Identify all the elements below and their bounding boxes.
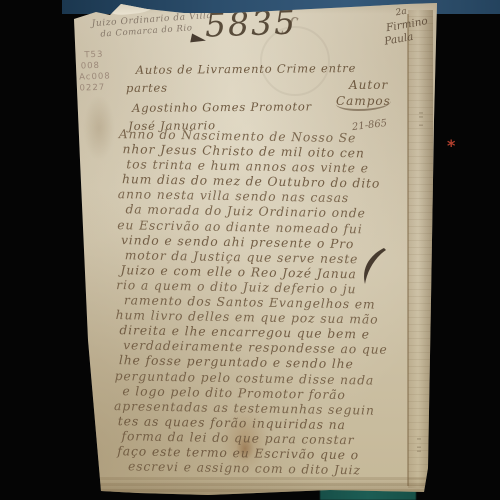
manuscript-scan: Juizo Ordinario da Villa da Comarca do R… — [0, 0, 500, 500]
court-annotation-line2: da Comarca do Rio — [100, 22, 213, 40]
case-title-line: Autos de Livramento Crime entre — [136, 59, 357, 79]
manuscript-line: perguntado pelo costume disse nada — [115, 369, 388, 389]
manuscript-line: hum livro delles em que poz sua mão — [116, 308, 389, 328]
manuscript-line: motor da Justiça que serve neste — [125, 248, 390, 268]
manuscript-body: Anno do Nascimento de Nosso Se nhor Jesu… — [108, 127, 392, 479]
page-stack-bottom-edge — [100, 477, 426, 492]
archive-code: T53 — [84, 49, 110, 61]
side-note-role: Autor — [349, 78, 388, 92]
court-annotation: Juizo Ordinario da Villa da Comarca do R… — [91, 11, 213, 40]
archive-code: 0227 — [79, 82, 111, 94]
manuscript-page: Juizo Ordinario da Villa da Comarca do R… — [0, 0, 500, 500]
corner-annotation-line2: Firmino — [385, 15, 429, 35]
manuscript-line: nhor Jesus Christo de mil oito cen — [122, 142, 391, 162]
manuscript-line: apresentadas as testemunhas seguin — [114, 399, 387, 419]
case-title-line: partes — [126, 77, 357, 97]
side-note-name: Campos — [336, 94, 391, 111]
archive-code: Ac008 — [79, 71, 111, 83]
age-stain — [84, 96, 114, 160]
manuscript-line: Juizo e com elle o Reo Jozé Janua — [120, 263, 389, 283]
case-title-block: Autos de Livramento Crime entre partes A… — [126, 59, 357, 135]
manuscript-line: Anno do Nascimento de Nosso Se — [119, 127, 392, 147]
corner-annotation: 2a Firmino Paula — [379, 2, 431, 48]
red-asterisk-mark: * — [447, 136, 455, 155]
fore-edge-mark: ıı ı — [417, 112, 425, 128]
page-stack-fore-edge — [408, 10, 433, 488]
corner-annotation-line1: 2a — [395, 2, 427, 20]
fore-edge-mark: ı ıı — [415, 438, 423, 454]
manuscript-line: vindo e sendo ahi presente o Pro — [121, 233, 390, 253]
manuscript-line: tes as quaes forão inquiridas na — [118, 414, 387, 434]
ink-blot-mark — [190, 34, 207, 46]
page-edge-crease — [407, 14, 409, 486]
manuscript-line: anno nesta villa sendo nas casas — [118, 187, 391, 207]
manuscript-line: rio a quem o dito Juiz deferio o ju — [116, 278, 389, 298]
manuscript-line: verdadeiramente respondesse ao que — [123, 339, 388, 359]
manuscript-line: hum dias do mez de Outubro do dito — [122, 172, 391, 192]
pen-flourish: ʃ — [284, 12, 297, 37]
dark-stain — [236, 437, 254, 461]
case-title-line: José Januario — [128, 115, 357, 135]
manuscript-line: ramento dos Santos Evangelhos em — [124, 293, 389, 313]
manuscript-line: da morada do Juiz Ordinario onde — [125, 203, 390, 223]
ink-crescent-mark — [358, 246, 390, 288]
side-note-number: 21-865 — [351, 118, 387, 133]
manuscript-line: lhe fosse perguntado e sendo lhe — [119, 354, 388, 374]
manuscript-line: direita e lhe encarregou que bem e — [119, 323, 388, 343]
ink-stain — [222, 408, 268, 472]
manuscript-line: faço este termo eu Escrivão que o — [117, 444, 386, 464]
archive-code-block: T53 008 Ac008 0227 — [78, 49, 111, 94]
paper-watermark — [260, 26, 330, 96]
case-title-line: Agostinho Gomes Promotor — [132, 97, 357, 117]
manuscript-line: tos trinta e hum annos aos vinte e — [126, 157, 391, 177]
manuscript-line: escrevi e assigno com o dito Juiz — [128, 459, 386, 479]
archive-code: 008 — [81, 60, 111, 72]
manuscript-line: eu Escrivão ao diante nomeado fui — [117, 218, 390, 238]
corner-annotation-line3: Paula — [383, 28, 431, 49]
manuscript-line: forma da lei do que para constar — [121, 429, 386, 449]
manuscript-line: e logo pelo dito Promotor forão — [122, 384, 387, 404]
